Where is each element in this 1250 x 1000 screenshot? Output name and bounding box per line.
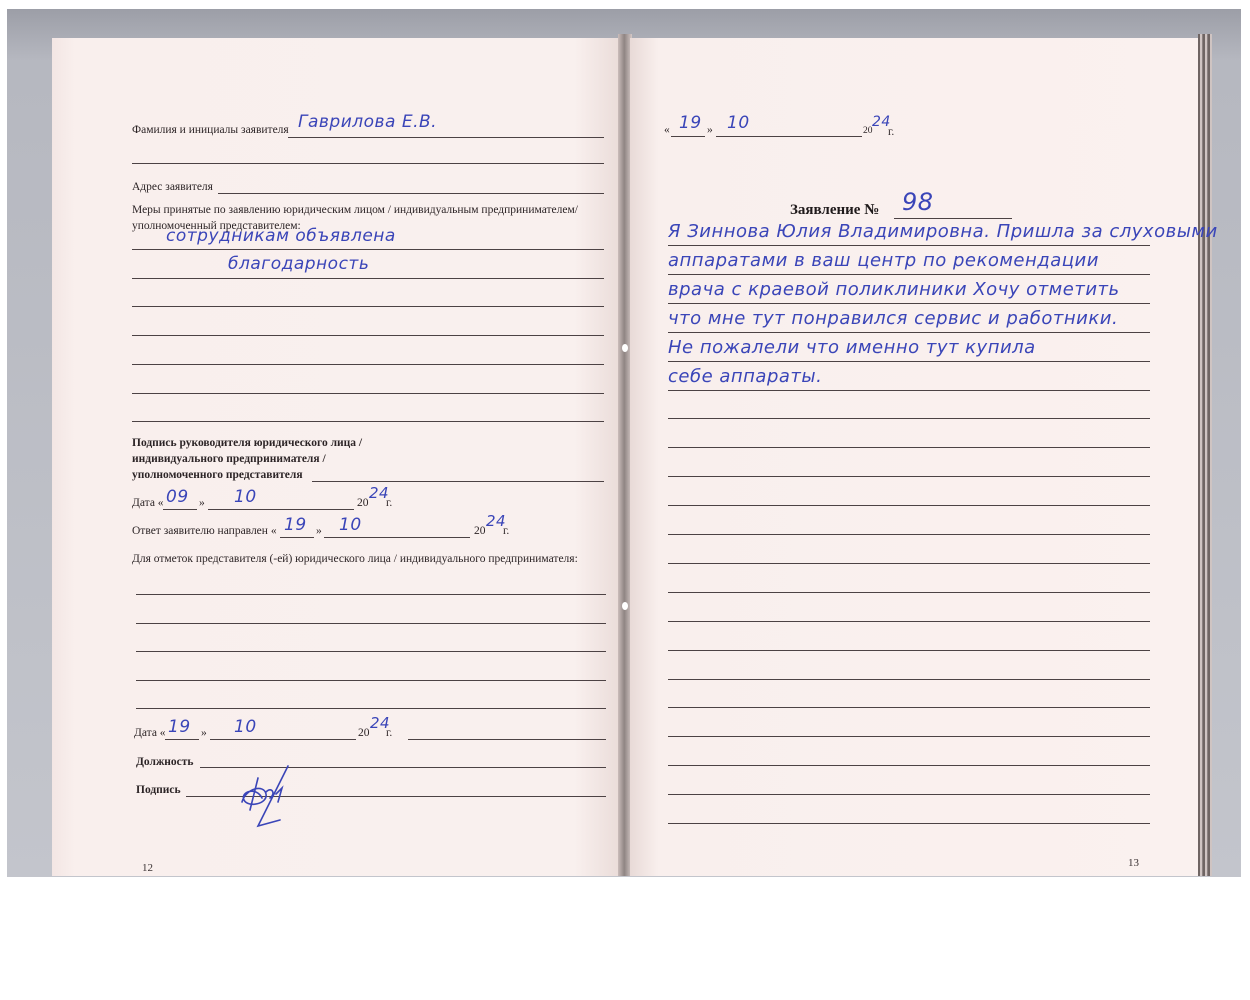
year-end: г. — [386, 497, 392, 509]
applicant-name-value: Гаврилова Е.В. — [298, 112, 437, 132]
date-month-value: 10 — [234, 717, 257, 737]
date-day-value: 19 — [679, 113, 702, 133]
rule-line — [136, 651, 606, 652]
rule-line — [668, 245, 1150, 246]
rule-line — [668, 303, 1150, 304]
application-text-line: себе аппараты. — [668, 366, 822, 387]
rule-line — [132, 278, 604, 279]
date-quote: » — [316, 525, 322, 537]
rule-line — [668, 447, 1150, 448]
binding-hole — [622, 344, 628, 352]
rule-line — [668, 679, 1150, 680]
measures-label: Меры принятые по заявлению юридическим л… — [132, 204, 578, 216]
head-signature-label: уполномоченного представителя — [132, 469, 303, 481]
date-label: Дата « — [132, 497, 164, 509]
date-quote: » — [199, 497, 205, 509]
measures-text-line: благодарность — [228, 254, 369, 274]
rule-line — [668, 274, 1150, 275]
rule-line — [668, 418, 1150, 419]
rule-line — [136, 623, 606, 624]
page-number: 12 — [142, 862, 153, 874]
rule-line — [132, 249, 604, 250]
address-line — [218, 193, 604, 194]
rule-line — [132, 163, 604, 164]
date-month-line — [208, 509, 354, 510]
application-title: Заявление № — [790, 202, 879, 219]
year-end: г. — [386, 727, 392, 739]
application-text-line: врача с краевой поликлиники Хочу отметит… — [668, 279, 1120, 300]
date-month-value: 10 — [234, 487, 257, 507]
application-text-line: что мне тут понравился сервис и работник… — [668, 308, 1118, 329]
application-number-line — [894, 218, 1012, 219]
head-signature-label: Подпись руководителя юридического лица / — [132, 437, 362, 449]
rule-line — [668, 707, 1150, 708]
measures-text-line: сотрудникам объявлена — [166, 226, 396, 246]
rule-line — [136, 594, 606, 595]
rule-line — [668, 794, 1150, 795]
application-text-line: аппаратами в ваш центр по рекомендации — [668, 250, 1099, 271]
year-prefix: 20 — [474, 525, 486, 537]
reply-day-line — [280, 537, 314, 538]
rule-line — [668, 621, 1150, 622]
applicant-name-label: Фамилия и инициалы заявителя — [132, 124, 289, 136]
notes-label: Для отметок представителя (-ей) юридичес… — [132, 553, 578, 565]
rule-line — [132, 306, 604, 307]
reply-sent-label: Ответ заявителю направлен « — [132, 525, 277, 537]
rule-line — [668, 650, 1150, 651]
signature-label: Подпись — [136, 784, 181, 796]
rule-line — [668, 765, 1150, 766]
head-signature-label: индивидуального предпринимателя / — [132, 453, 326, 465]
binding-hole — [622, 602, 628, 610]
date-day-line — [671, 136, 705, 137]
date-month-line — [716, 136, 862, 137]
rule-line — [408, 739, 606, 740]
year-prefix: 20 — [357, 497, 369, 509]
page-number: 13 — [1128, 857, 1139, 869]
rule-line — [668, 823, 1150, 824]
rule-line — [132, 393, 604, 394]
year-end: г. — [503, 525, 509, 537]
reply-day-value: 19 — [284, 515, 307, 535]
date-day-value: 09 — [166, 487, 189, 507]
applicant-name-line — [288, 137, 604, 138]
application-text-line: Не пожалели что именно тут купила — [668, 337, 1036, 358]
rule-line — [136, 680, 606, 681]
date-day-line — [163, 509, 197, 510]
date-day-line — [165, 739, 199, 740]
rule-line — [668, 736, 1150, 737]
date-label: Дата « — [134, 727, 166, 739]
rule-line — [668, 476, 1150, 477]
position-label: Должность — [136, 756, 194, 768]
rule-line — [668, 390, 1150, 391]
reply-month-line — [324, 537, 470, 538]
year-end: г. — [888, 126, 894, 138]
rule-line — [668, 592, 1150, 593]
application-number: 98 — [902, 188, 934, 216]
year-prefix: 20 — [358, 727, 370, 739]
application-text-line: Я Зиннова Юлия Владимировна. Пришла за с… — [668, 221, 1218, 242]
page-edge-stack — [1198, 34, 1212, 876]
date-month-line — [210, 739, 356, 740]
reply-month-value: 10 — [339, 515, 362, 535]
date-day-value: 19 — [168, 717, 191, 737]
rule-line — [668, 563, 1150, 564]
rule-line — [668, 332, 1150, 333]
date-month-value: 10 — [727, 113, 750, 133]
rule-line — [132, 421, 604, 422]
date-quote: » — [201, 727, 207, 739]
date-close-quote: » — [707, 124, 713, 136]
rule-line — [668, 361, 1150, 362]
rule-line — [132, 364, 604, 365]
handwritten-signature-icon — [236, 758, 316, 830]
rule-line — [668, 505, 1150, 506]
rule-line — [132, 335, 604, 336]
right-page — [630, 38, 1198, 876]
address-label: Адрес заявителя — [132, 181, 213, 193]
rule-line — [668, 534, 1150, 535]
rule-line — [136, 708, 606, 709]
head-signature-line — [312, 481, 604, 482]
date-open-quote: « — [664, 124, 670, 136]
